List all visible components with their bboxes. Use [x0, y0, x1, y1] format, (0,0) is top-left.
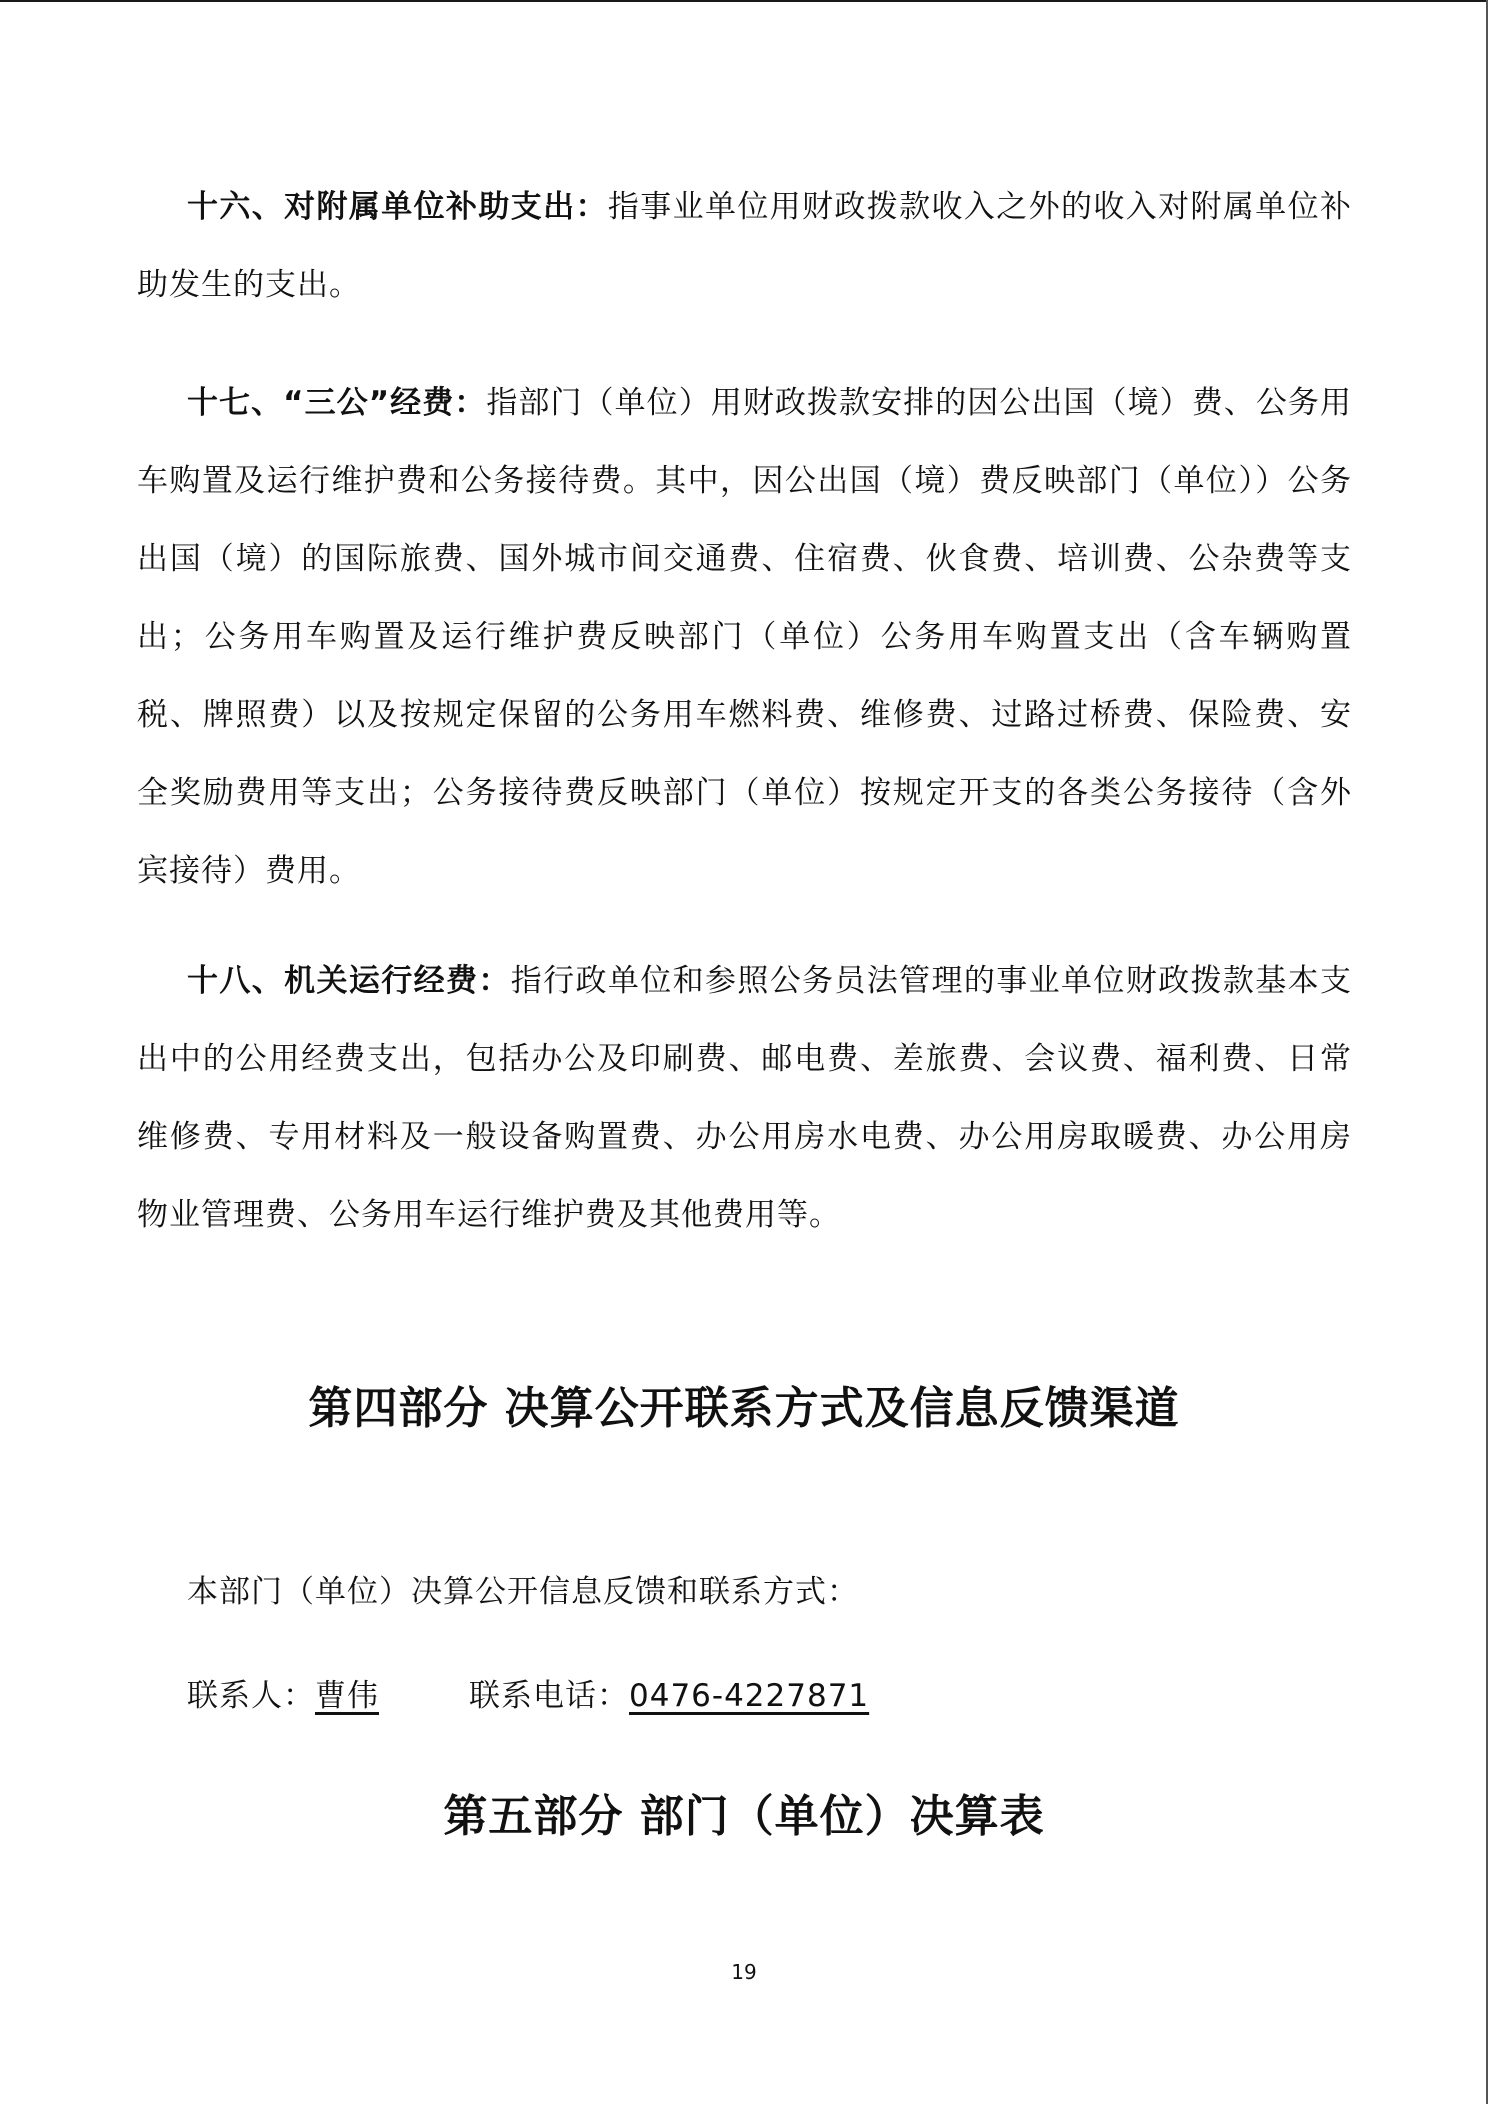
contact-label: 联系人： — [187, 1678, 315, 1714]
page-number: 19 — [0, 1960, 1488, 1984]
definition-item-17: 指部门（单位）用财政拨款安排的因公出国（境）费、公务用车购置及运行维护费和公务接… — [137, 385, 1352, 889]
phone-label: 联系电话： — [469, 1678, 629, 1714]
definition-item-18: 指行政单位和参照公务员法管理的事业单位财政拨款基本支出中的公用经费支出，包括办公… — [137, 963, 1352, 1233]
paragraph-item-17: 十七、“三公”经费：指部门（单位）用财政拨款安排的因公出国（境）费、公务用车购置… — [137, 364, 1352, 910]
contact-name: 曹伟 — [315, 1678, 379, 1714]
part4-heading: 第四部分 决算公开联系方式及信息反馈渠道 — [0, 1372, 1488, 1436]
feedback-intro: 本部门（单位）决算公开信息反馈和联系方式： — [187, 1566, 859, 1611]
paragraph-item-18: 十八、机关运行经费：指行政单位和参照公务员法管理的事业单位财政拨款基本支出中的公… — [137, 942, 1352, 1254]
term-item-17: 十七、“三公”经费： — [187, 385, 486, 421]
part5-heading: 第五部分 部门（单位）决算表 — [0, 1780, 1488, 1844]
phone-number: 0476-4227871 — [629, 1678, 869, 1714]
contact-line: 联系人：曹伟联系电话：0476-4227871 — [187, 1670, 869, 1715]
paragraph-item-16: 十六、对附属单位补助支出：指事业单位用财政拨款收入之外的收入对附属单位补助发生的… — [137, 168, 1352, 324]
term-item-18: 十八、机关运行经费： — [187, 963, 511, 999]
page-border-top — [0, 0, 1488, 2]
term-item-16: 十六、对附属单位补助支出： — [187, 189, 608, 225]
